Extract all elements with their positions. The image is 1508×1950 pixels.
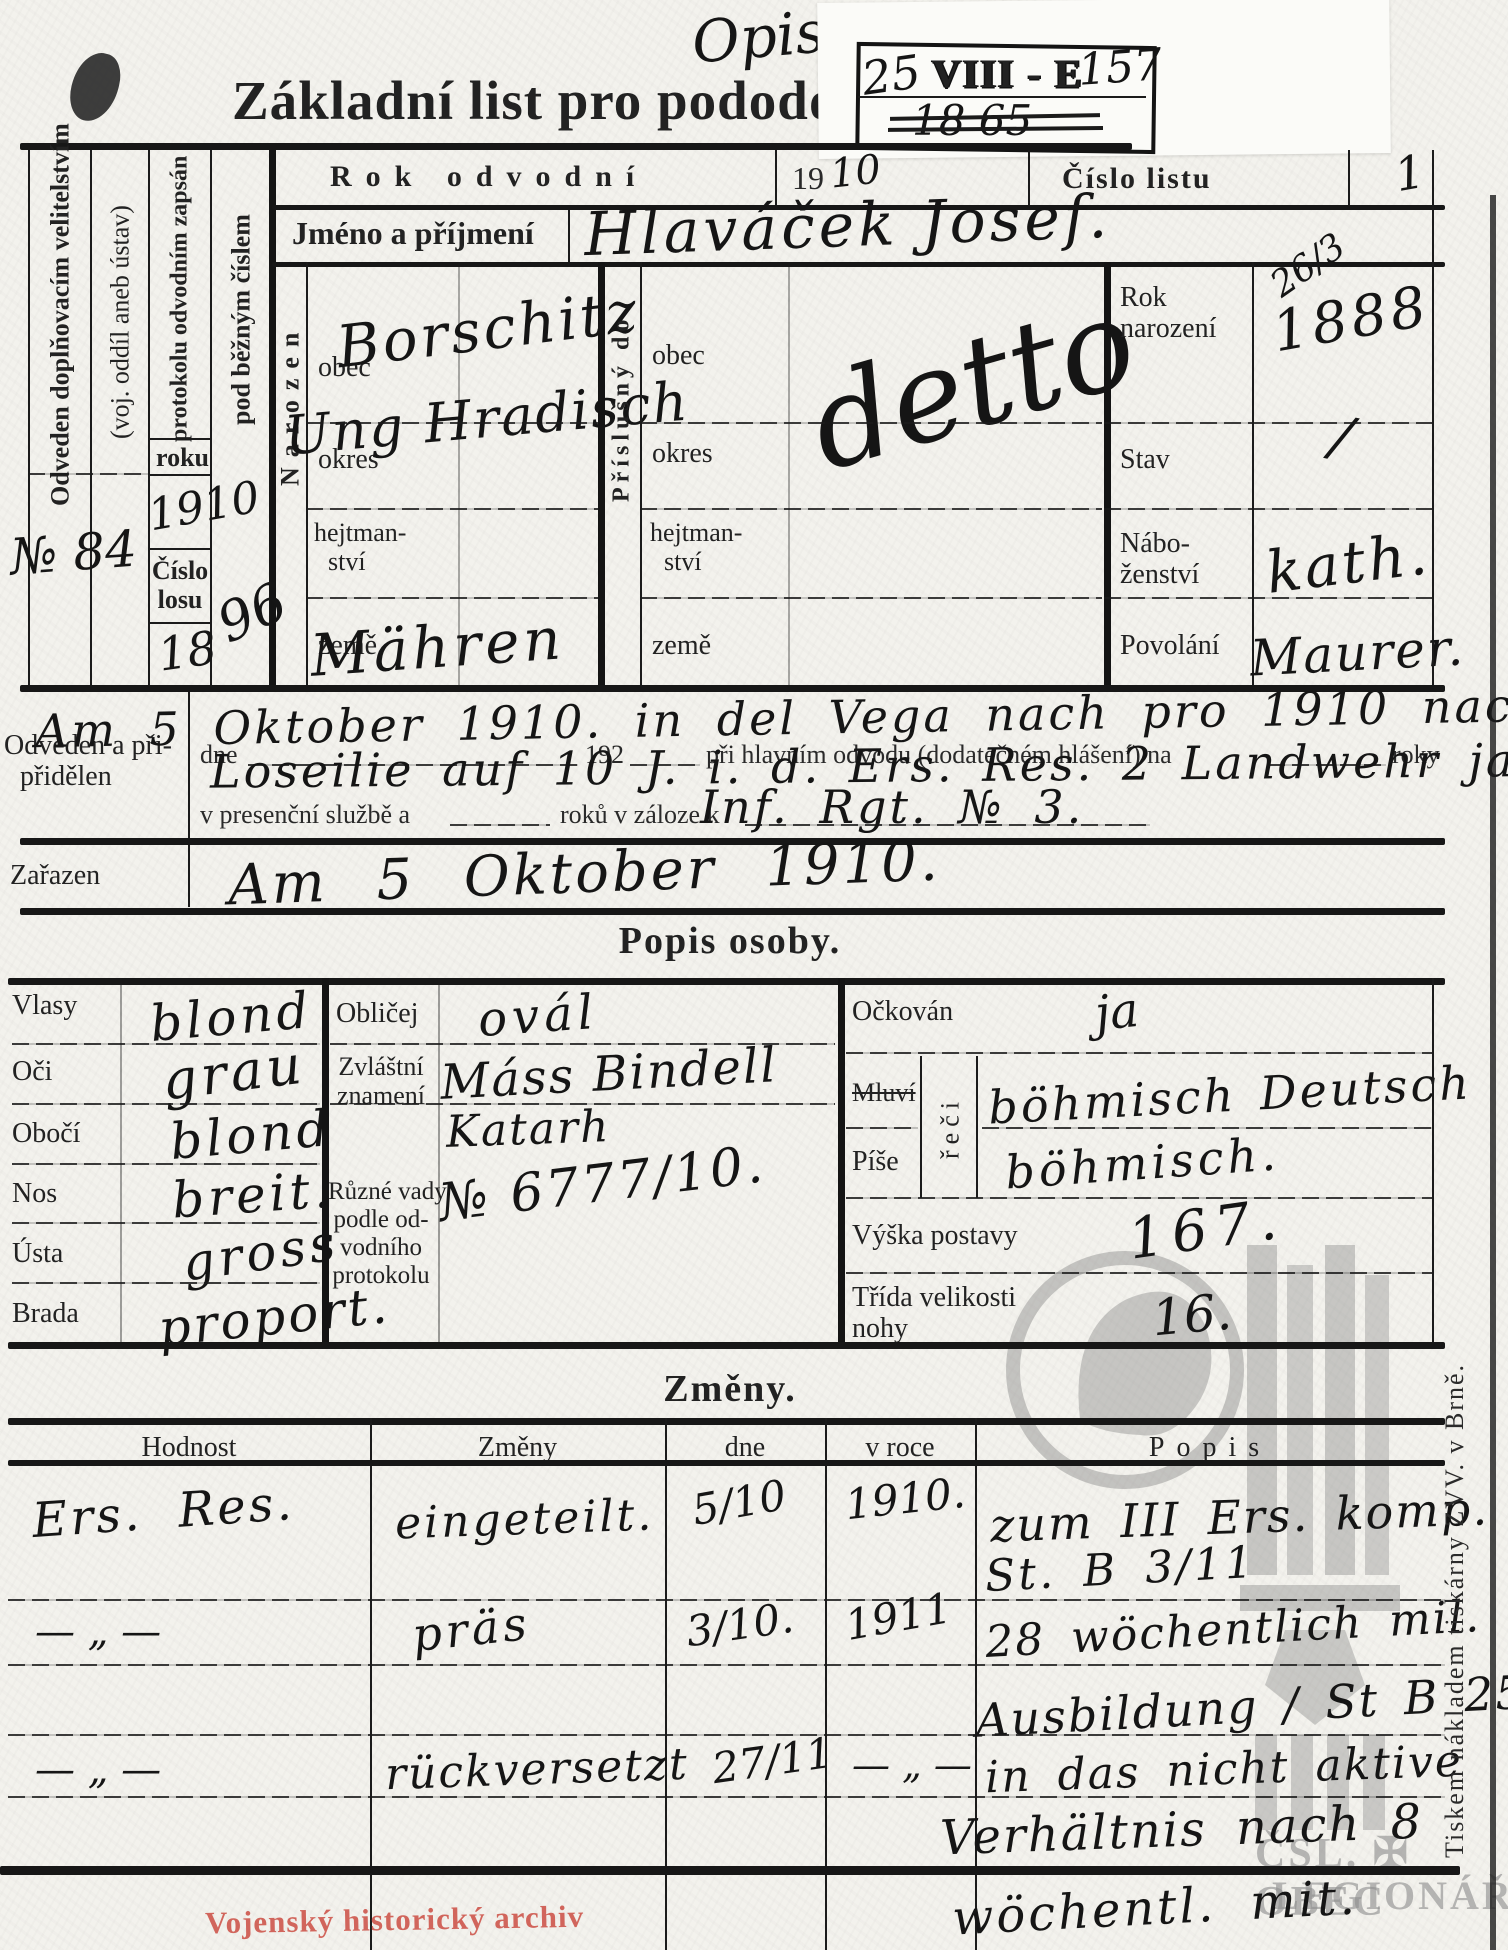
name-value: Hlaváček Josef.: [583, 187, 1112, 265]
zeme-value: Mähren: [308, 609, 566, 685]
margin-col-protokol: protokolu odvodním zapsán: [152, 165, 208, 433]
trida-line2: nohy: [852, 1313, 1016, 1344]
znameni-value-1: Máss Bindell: [439, 1041, 779, 1107]
info-label-div: [1252, 262, 1254, 685]
zmeny-r1-vroce: 1910.: [843, 1472, 967, 1526]
zarazen-value: Am 5 Oktober 1910.: [227, 834, 941, 915]
oboci-label: Obočí: [12, 1118, 80, 1149]
zmeny-r3-popis3: wöchentl. mit.: [951, 1873, 1359, 1942]
printer-credit: Tiskem nákladem tiskárny ZVV. v Brně.: [1438, 1270, 1472, 1950]
margin-col-odveden: Odveden doplňovacím velitelstvím: [32, 165, 88, 465]
zmeny-col-zmeny: Změny: [370, 1432, 665, 1463]
rok-narozeni-line1: Rok: [1120, 282, 1216, 313]
birth-row-line-1: [306, 422, 598, 424]
birth-row-line-3: [306, 597, 598, 599]
oblicej-value: ovál: [476, 988, 599, 1044]
reci-bracket-left: [920, 1056, 922, 1198]
popis-right-line-1: [846, 1052, 1432, 1054]
page-edge: [1490, 195, 1496, 1950]
popis-right-line-2: [846, 1127, 918, 1129]
zmeny-col-vroce: v roce: [825, 1432, 975, 1463]
dom-row-line-1: [640, 422, 1102, 424]
stamp-number-left: 25: [859, 48, 923, 102]
left-border: [28, 150, 30, 685]
popis-top-rule: [8, 978, 1445, 985]
mluvi-value: böhmisch Deutsch: [987, 1059, 1473, 1130]
popis-mid-inner-div: [438, 978, 440, 1342]
zmeny-r1-zmeny: eingeteilt.: [394, 1493, 655, 1546]
rok-narozeni-label: Roknarození: [1120, 282, 1216, 345]
vady-line1: Různé vady: [328, 1178, 434, 1206]
zmeny-r3-vroce: — „ —: [852, 1746, 972, 1784]
prislusny-label-div: [788, 262, 790, 685]
znameni-value-2: Katarh: [445, 1105, 611, 1155]
trida-line1: Třída velikosti: [852, 1282, 1016, 1313]
protocol-number: № 84: [8, 524, 138, 583]
usta-value: gross: [179, 1217, 342, 1288]
zarazen-label: Zařazen: [10, 860, 100, 891]
nos-label: Nos: [12, 1178, 57, 1209]
zmeny-col-hodnost: Hodnost: [8, 1432, 370, 1463]
odveden-label-line2: přidělen: [4, 761, 172, 792]
hejtman-label: hejtman-ství: [314, 518, 406, 576]
zmeny-line-3: [8, 1734, 1445, 1736]
popis-right-line-4: [846, 1197, 1432, 1199]
stamp-crossed-number: 18 65: [912, 100, 1032, 142]
cislo-losu-line1: Číslo: [150, 556, 210, 585]
rok-odvodni-label: Rok odvodní: [330, 160, 648, 194]
zmeny-r2-zmeny: präs: [410, 1600, 533, 1658]
odveden-blank4: [450, 824, 550, 826]
odveden-print2b: roků v záloze k: [560, 800, 720, 830]
nabozenstvi-line2: ženství: [1120, 559, 1199, 590]
popis-row-line-5: [12, 1282, 320, 1284]
zmeny-header-rule: [8, 1460, 1445, 1466]
zmeny-r3-hodnost: — „ —: [35, 1750, 161, 1790]
povolani-label: Povolání: [1120, 630, 1220, 661]
nabozenstvi-label: Nábo-ženství: [1120, 528, 1199, 591]
bezne-value: 96: [210, 574, 295, 651]
row1-div-3: [1348, 150, 1350, 207]
document-title: Základní list pro pododdě: [232, 70, 866, 132]
dom-row-line-2: [640, 508, 1102, 510]
margin-col-bezne: pod běžným číslem: [214, 165, 268, 475]
rok-odvodni-hw: 10: [828, 149, 883, 194]
oboci-value: blond: [168, 1103, 334, 1167]
vady-line4: protokolu: [328, 1262, 434, 1290]
stav-value: /: [1326, 409, 1356, 468]
popis-row-line-4: [12, 1222, 320, 1224]
popis-osoby-heading: Popis osoby.: [0, 920, 1460, 963]
zarazen-bottom-rule: [20, 908, 1445, 915]
info-row-line-2: [1104, 508, 1432, 510]
zmeny-top-rule: [8, 1418, 1445, 1425]
cislo-listu-value: 1: [1391, 148, 1428, 198]
zmeny-bottom-rule: [0, 1866, 1460, 1875]
cislo-losu-label: Číslolosu: [150, 556, 210, 614]
odveden-print2a: v presenční službě a: [200, 800, 410, 830]
reci-label: řeči: [926, 1058, 974, 1198]
znameni-line1: Zvláštní: [330, 1052, 432, 1081]
prislusny-vertical-label: Příslušný do: [606, 268, 638, 548]
scanned-military-record: ČSL. ✠ OBEC LEGIONÁŘSKÁ Opis Základní li…: [0, 0, 1508, 1950]
roku-line-top: [150, 438, 210, 440]
top-rule: [20, 143, 1132, 150]
dom-okres-label: okres: [652, 438, 713, 469]
trida-value: 16.: [1150, 1287, 1234, 1344]
ockovan-value: ja: [1093, 986, 1141, 1038]
zmeny-r3-dne: 27/11: [710, 1732, 836, 1790]
brada-label: Brada: [12, 1298, 79, 1329]
odveden-hw-line3: Inf. Rgt. № 3.: [700, 784, 1084, 830]
cislo-losu-line-top: [150, 548, 210, 550]
cislo-losu-value: 18: [155, 624, 219, 678]
table-right-border: [1432, 150, 1434, 685]
znameni-label: Zvláštníznamení: [330, 1052, 432, 1110]
zmeny-col-dne: dne: [665, 1432, 825, 1463]
vady-label: Různé vadypodle od-vodníhoprotokolu: [328, 1178, 434, 1290]
znameni-line2: znamení: [330, 1081, 432, 1110]
dom-row-line-3: [640, 597, 1102, 599]
zmeny-r2-dne: 3/10.: [684, 1597, 796, 1654]
zarazen-div: [188, 845, 190, 907]
popis-bottom-rule: [8, 1342, 1445, 1349]
popis-right-border: [1432, 978, 1434, 1342]
stav-label: Stav: [1120, 444, 1170, 475]
info-main-div: [1104, 262, 1111, 685]
dom-hejtman-label: hejtman-ství: [650, 518, 742, 576]
stamp-number-right: 157: [1077, 43, 1164, 93]
name-label: Jméno a příjmení: [292, 216, 534, 252]
zmeny-r2-vroce: 1911: [842, 1587, 955, 1647]
birth-row-line-2: [306, 508, 598, 510]
popis-right-line-5: [846, 1272, 1432, 1274]
hejtman-line2: ství: [314, 547, 406, 576]
margin-line-a: [28, 473, 148, 475]
info-row-line-1: [1104, 422, 1432, 424]
archive-stamp: Vojenský historický archiv: [205, 1900, 585, 1941]
row2-bottom-rule: [272, 262, 1445, 267]
mluvi-label: Mluví: [852, 1078, 916, 1107]
rok-narozeni-line2: narození: [1120, 313, 1216, 344]
ockovan-label: Očkován: [852, 996, 953, 1027]
nabozenstvi-value: kath.: [1263, 524, 1433, 602]
zmeny-heading: Změny.: [0, 1368, 1460, 1411]
trida-label: Třída velikostinohy: [852, 1282, 1016, 1345]
opis-note: Opis: [690, 2, 828, 71]
reci-bracket-right: [976, 1056, 978, 1198]
margin-div-1: [90, 150, 92, 685]
dom-hejtman-line2: ství: [650, 547, 742, 576]
pise-label: Píše: [852, 1146, 899, 1177]
info-row-line-3: [1104, 597, 1432, 599]
zmeny-line-2: [8, 1664, 1445, 1666]
stamp-series: VIII - E: [932, 52, 1084, 97]
prislusny-div: [640, 262, 642, 685]
cislo-losu-line2: losu: [150, 585, 210, 614]
oci-value: grau: [159, 1037, 308, 1108]
roku-value: 1910: [145, 476, 263, 539]
zmeny-col-popis: Popis: [975, 1432, 1445, 1463]
zmeny-r2-hodnost: — „ —: [35, 1612, 161, 1652]
vyska-label: Výška postavy: [852, 1220, 1018, 1251]
roku-line-bot: [150, 474, 210, 476]
margin-col-oddil: (voj. oddíl aneb ústav): [94, 170, 146, 475]
dom-obec-label: obec: [652, 340, 705, 371]
roku-label: roku: [156, 443, 209, 472]
zmeny-r3-zmeny: rückversetzt: [384, 1743, 689, 1798]
vlasy-label: Vlasy: [12, 990, 77, 1021]
oci-label: Oči: [12, 1056, 52, 1087]
vady-line3: vodního: [328, 1234, 434, 1262]
pise-value: böhmisch.: [1004, 1130, 1281, 1195]
dom-zeme-label: země: [652, 630, 711, 661]
domicile-value: detto: [797, 279, 1148, 490]
hejtman-line1: hejtman-: [314, 518, 406, 547]
popis-left-inner-div: [120, 978, 122, 1342]
nabozenstvi-line1: Nábo-: [1120, 528, 1199, 559]
zmeny-r1-hodnost: Ers. Res.: [31, 1479, 296, 1545]
row2-div: [568, 210, 570, 262]
zmeny-line-4: [8, 1796, 1445, 1798]
vady-line2: podle od-: [328, 1206, 434, 1234]
popis-right-div: [838, 978, 845, 1342]
oblicej-label: Obličej: [336, 998, 418, 1029]
obec-value: Borschitz: [334, 282, 643, 377]
zmeny-r1-dne: 5/10: [689, 1474, 789, 1532]
popis-row-line-3: [12, 1163, 320, 1165]
domicile-main-div: [598, 262, 605, 685]
ink-blot: [64, 47, 126, 126]
dom-hejtman-line1: hejtman-: [650, 518, 742, 547]
popis-row-line-2: [12, 1103, 320, 1105]
popis-row-line-1: [12, 1043, 320, 1045]
usta-label: Ústa: [12, 1238, 63, 1269]
